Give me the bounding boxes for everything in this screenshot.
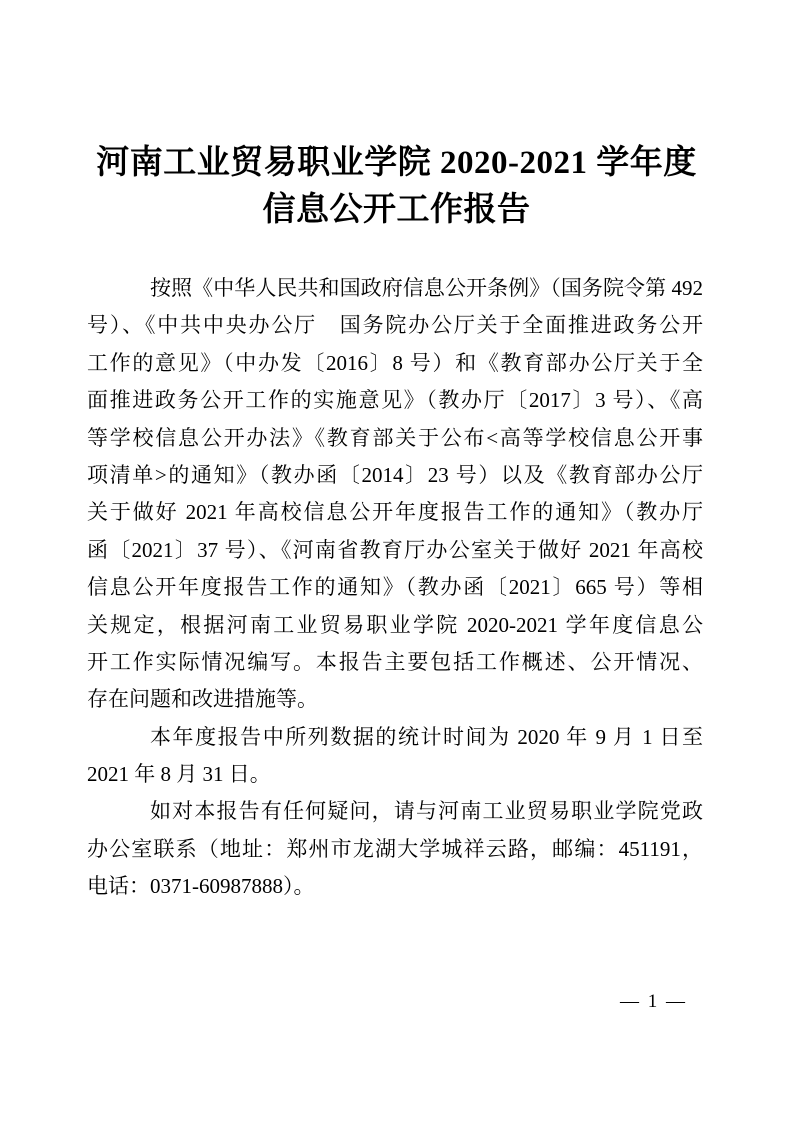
body-line: 函〔2021〕37 号）、《河南省教育厅办公室关于做好 2021 年高校 bbox=[87, 532, 703, 569]
body-line: 按照《中华人民共和国政府信息公开条例》（国务院令第 492 bbox=[87, 270, 703, 307]
document-body: 按照《中华人民共和国政府信息公开条例》（国务院令第 492 号）、《中共中央办公… bbox=[87, 270, 703, 906]
body-line: 电话：0371-60987888）。 bbox=[87, 868, 703, 905]
body-line: 开工作实际情况编写。本报告主要包括工作概述、公开情况、 bbox=[87, 644, 703, 681]
body-line: 号）、《中共中央办公厅 国务院办公厅关于全面推进政务公开 bbox=[87, 307, 703, 344]
title-line-1: 河南工业贸易职业学院 2020-2021 学年度 bbox=[60, 140, 733, 187]
body-line: 信息公开年度报告工作的通知》（教办函〔2021〕665 号）等相 bbox=[87, 569, 703, 606]
document-page: 河南工业贸易职业学院 2020-2021 学年度 信息公开工作报告 按照《中华人… bbox=[0, 0, 793, 1122]
title-line-2: 信息公开工作报告 bbox=[60, 187, 733, 234]
body-line: 办公室联系（地址：郑州市龙湖大学城祥云路，邮编：451191， bbox=[87, 831, 703, 868]
body-line: 等学校信息公开办法》《教育部关于公布<高等学校信息公开事 bbox=[87, 420, 703, 457]
body-line: 工作的意见》（中办发〔2016〕8 号）和《教育部办公厅关于全 bbox=[87, 345, 703, 382]
body-line: 存在问题和改进措施等。 bbox=[87, 681, 703, 718]
body-line: 项清单>的通知》（教办函〔2014〕23 号）以及《教育部办公厅 bbox=[87, 457, 703, 494]
page-number: — 1 — bbox=[620, 991, 687, 1013]
body-line: 面推进政务公开工作的实施意见》（教办厅〔2017〕3 号）、《高 bbox=[87, 382, 703, 419]
body-line: 关规定，根据河南工业贸易职业学院 2020-2021 学年度信息公 bbox=[87, 607, 703, 644]
body-line: 关于做好 2021 年高校信息公开年度报告工作的通知》（教办厅 bbox=[87, 494, 703, 531]
document-title: 河南工业贸易职业学院 2020-2021 学年度 信息公开工作报告 bbox=[60, 140, 733, 234]
body-line: 本年度报告中所列数据的统计时间为 2020 年 9 月 1 日至 bbox=[87, 719, 703, 756]
body-line: 如对本报告有任何疑问，请与河南工业贸易职业学院党政 bbox=[87, 793, 703, 830]
body-line: 2021 年 8 月 31 日。 bbox=[87, 756, 703, 793]
